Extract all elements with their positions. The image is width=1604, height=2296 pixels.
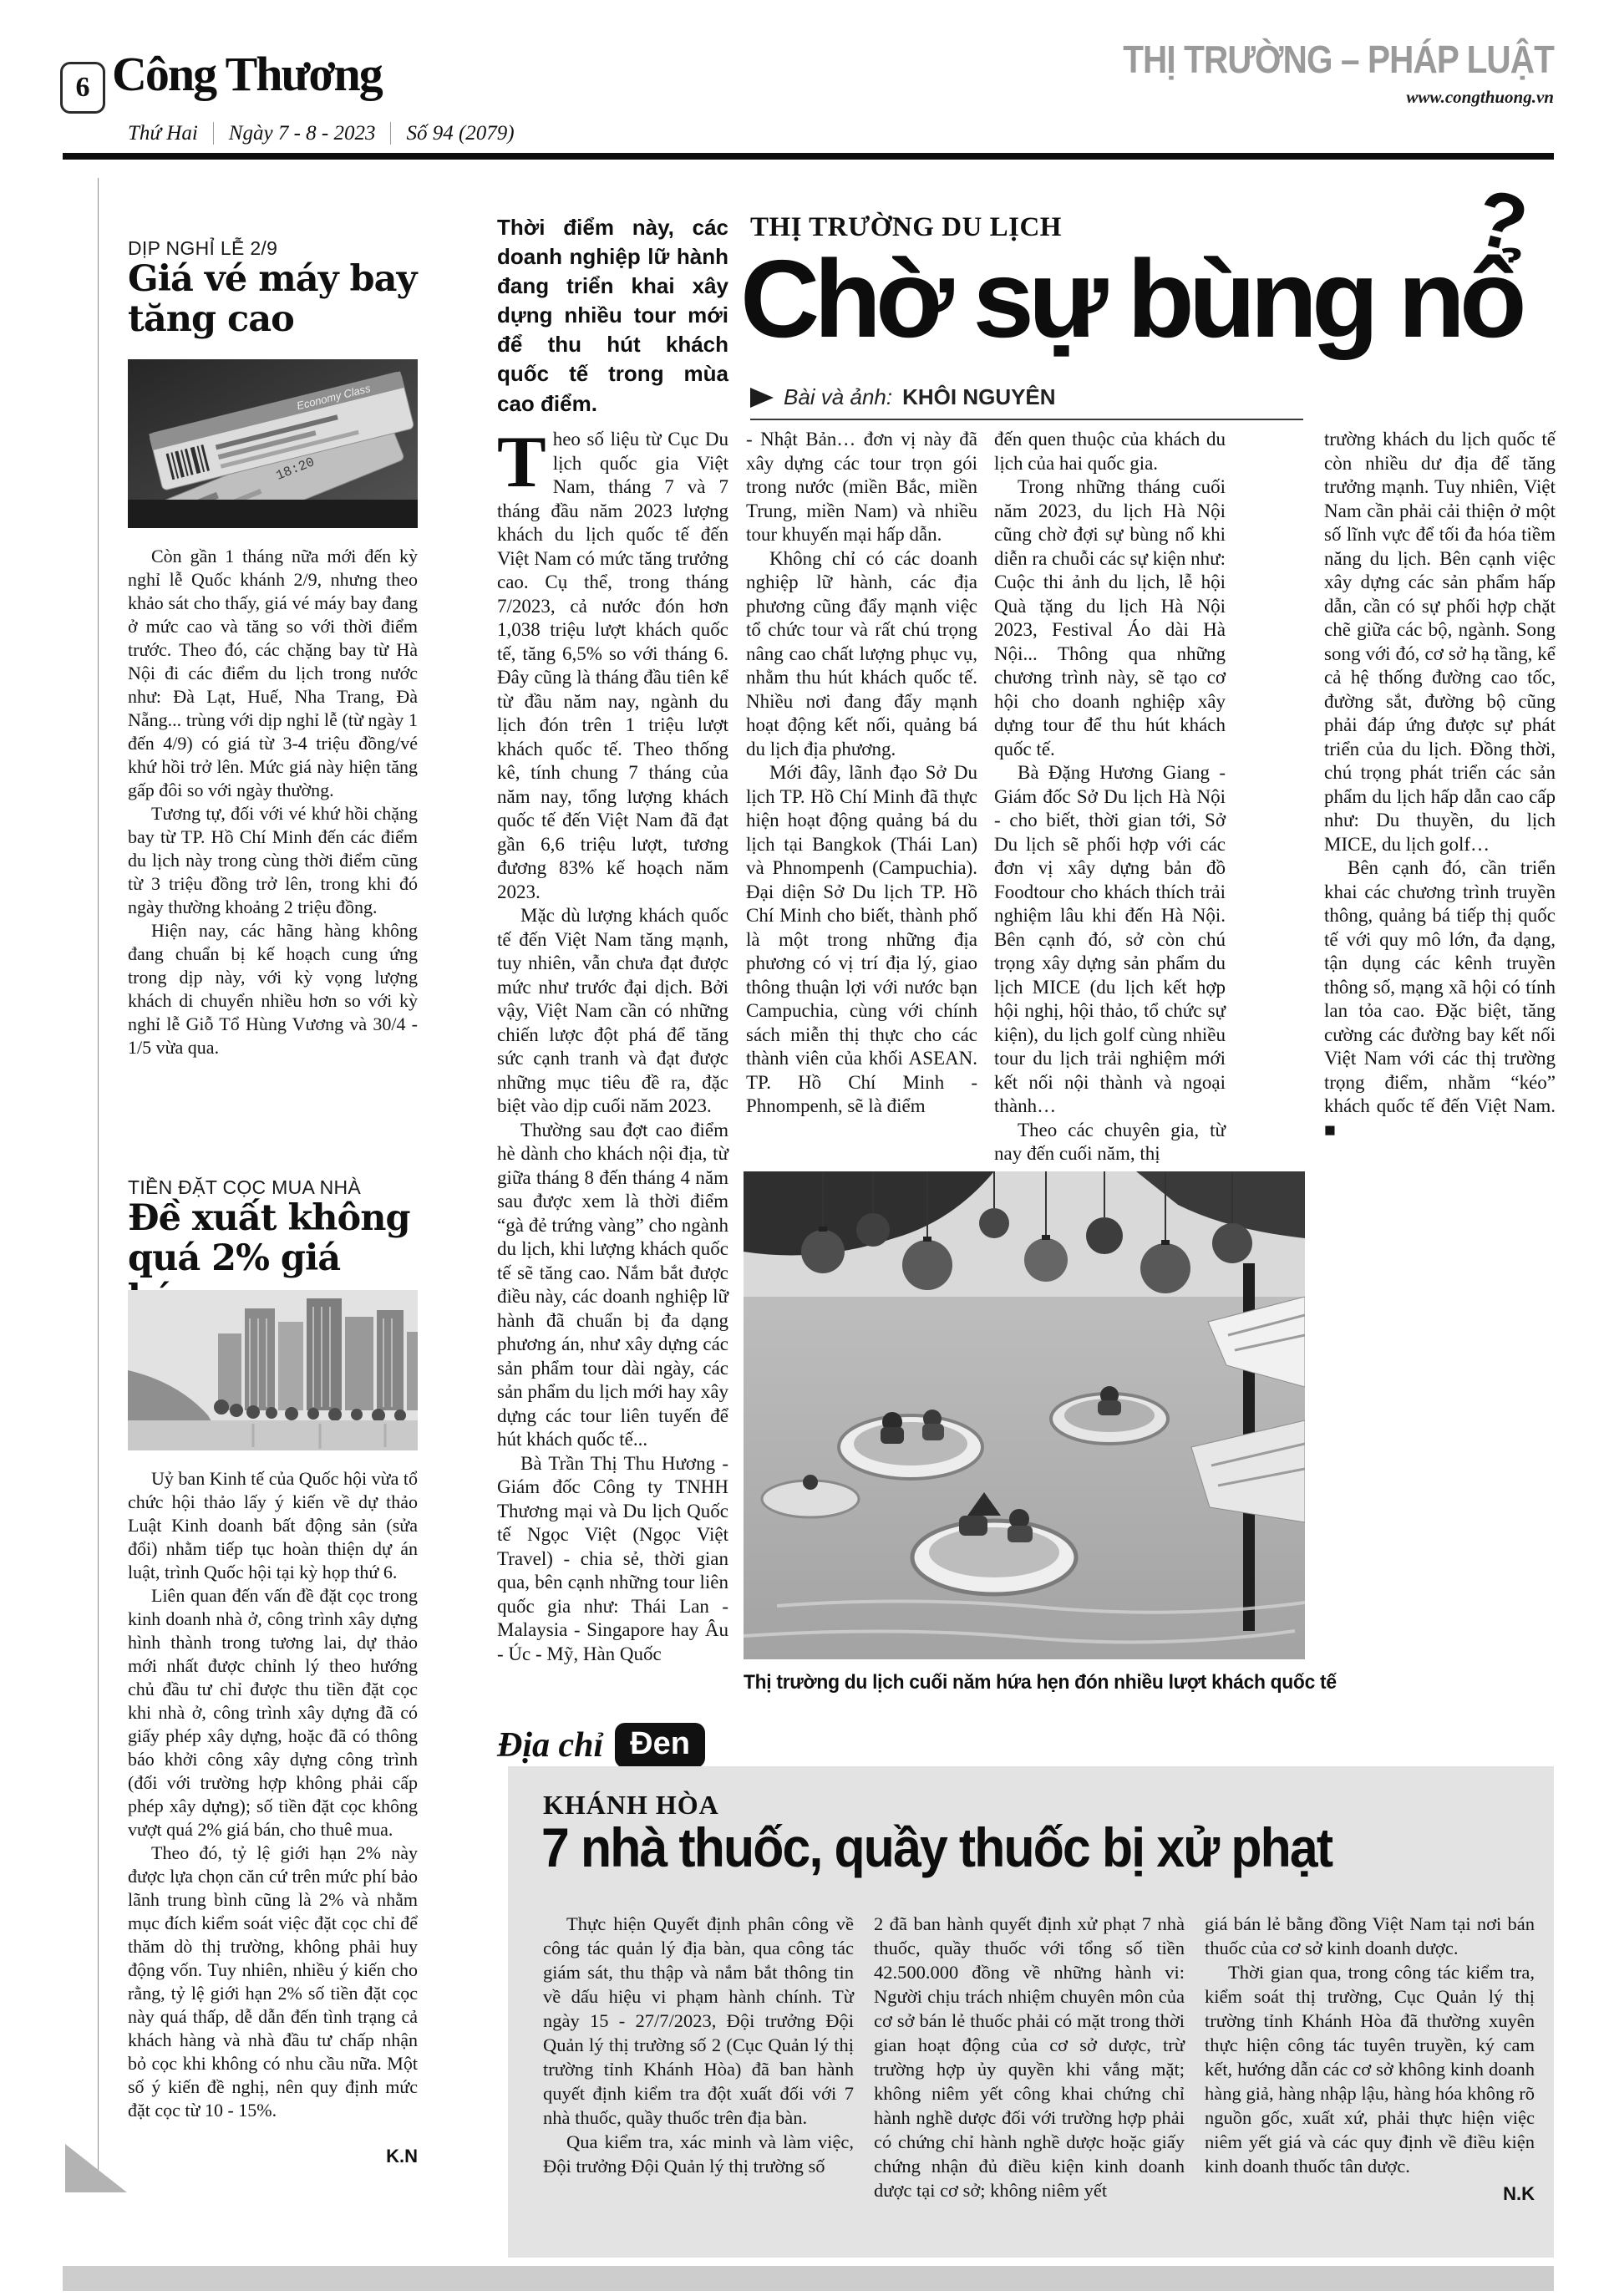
header-rule: [63, 153, 1554, 160]
byline-arrow-icon: [750, 388, 774, 408]
paragraph: Qua kiểm tra, xác minh và làm việc, Đội …: [543, 2130, 854, 2178]
paragraph: Bà Đặng Hương Giang - Giám đốc Sở Du lịc…: [994, 761, 1226, 1119]
left-column-rule: [98, 178, 99, 2183]
website-url: www.congthuong.vn: [835, 87, 1554, 108]
newspaper-page: 6 Công Thương THỊ TRƯỜNG – PHÁP LUẬT www…: [0, 0, 1604, 2296]
paragraph: Theo các chuyên gia, từ nay đến cuối năm…: [994, 1119, 1226, 1166]
paragraph: - Nhật Bản… đơn vị này đã xây dựng các t…: [746, 428, 977, 547]
deposit-kicker: TIỀN ĐẶT CỌC MUA NHÀ: [128, 1176, 361, 1199]
skyline: [218, 1298, 418, 1410]
footer-bar: [63, 2266, 1554, 2291]
boats-lanterns-photo-illustration: [744, 1171, 1305, 1659]
main-column-2: - Nhật Bản… đơn vị này đã xây dựng các t…: [746, 428, 977, 1119]
river: [128, 1420, 418, 1450]
main-headline: Chờ sự bùng nổ: [740, 236, 1521, 363]
deposit-photo: [128, 1290, 418, 1450]
section-title: THỊ TRƯỜNG – PHÁP LUẬT: [892, 40, 1554, 79]
main-column-1-paragraphs: Mặc dù lượng khách quốc tế đến Việt Nam …: [497, 904, 728, 1666]
lead-paragraph: Theo số liệu từ Cục Du lịch quốc gia Việ…: [497, 428, 728, 904]
main-photo-caption: Thị trường du lịch cuối năm hứa hẹn đón …: [744, 1671, 1490, 1694]
main-column-1: Theo số liệu từ Cục Du lịch quốc gia Việ…: [497, 428, 728, 1666]
byline-label: Bài và ảnh:: [784, 384, 892, 410]
buildings-photo-illustration: [128, 1290, 418, 1450]
paragraph: đến quen thuộc của khách du lịch của hai…: [994, 428, 1226, 475]
paragraph: Còn gần 1 tháng nữa mới đến kỳ nghỉ lễ Q…: [128, 545, 418, 802]
paragraph: Thực hiện Quyết định phân công về công t…: [543, 1912, 854, 2130]
airfare-title: Giá vé máy bay tăng cao: [128, 259, 418, 339]
paragraph: Uỷ ban Kinh tế của Quốc hội vừa tổ chức …: [128, 1467, 418, 1584]
paragraph: 2 đã ban hành quyết định xử phạt 7 nhà t…: [874, 1912, 1185, 2202]
main-photo: [744, 1171, 1305, 1659]
paragraph: Theo đó, tỷ lệ giới hạn 2% này được lựa …: [128, 1841, 418, 2122]
drop-cap: T: [497, 428, 553, 492]
dateline-issue: Số 94 (2079): [390, 122, 529, 145]
black-address-label: Địa chỉ Đen: [497, 1723, 705, 1768]
bottom-author: N.K: [1205, 2183, 1535, 2205]
byline-author: KHÔI NGUYÊN: [902, 384, 1055, 410]
paragraph: Thường sau đợt cao điểm hè dành cho khác…: [497, 1119, 728, 1452]
bottom-title: 7 nhà thuốc, quầy thuốc bị xử phạt: [541, 1820, 1332, 1875]
main-column-3: đến quen thuộc của khách du lịch của hai…: [994, 428, 1226, 1166]
paragraph: Bà Trần Thị Thu Hương - Giám đốc Công ty…: [497, 1452, 728, 1667]
airfare-body: Còn gần 1 tháng nữa mới đến kỳ nghỉ lễ Q…: [128, 545, 418, 1059]
deposit-author: K.N: [128, 2146, 418, 2167]
paragraph: Mặc dù lượng khách quốc tế đến Việt Nam …: [497, 904, 728, 1119]
tickets-photo-illustration: 18:20 Economy Class: [128, 359, 418, 528]
paragraph: trường khách du lịch quốc tế còn nhiều d…: [1324, 428, 1556, 856]
airfare-kicker: DỊP NGHỈ LỄ 2/9: [128, 237, 277, 260]
address-label-text: Địa chỉ: [497, 1725, 603, 1765]
paragraph: Liên quan đến vấn đề đặt cọc trong kinh …: [128, 1584, 418, 1841]
paragraph: giá bán lẻ bằng đồng Việt Nam tại nơi bá…: [1205, 1912, 1535, 1960]
byline: Bài và ảnh: KHÔI NGUYÊN: [750, 384, 1303, 420]
masthead-title: Công Thương: [112, 50, 382, 99]
address-label-badge: Đen: [615, 1723, 705, 1768]
bottom-column-1: Thực hiện Quyết định phân công về công t…: [543, 1912, 854, 2178]
airfare-photo: 18:20 Economy Class: [128, 359, 418, 528]
dateline: Thứ HaiNgày 7 - 8 - 2023Số 94 (2079): [128, 122, 530, 145]
dateline-weekday: Thứ Hai: [128, 122, 213, 145]
paragraph: Thời gian qua, trong công tác kiểm tra, …: [1205, 1960, 1535, 2178]
lead-text: heo số liệu từ Cục Du lịch quốc gia Việt…: [497, 429, 728, 902]
bottom-column-2: 2 đã ban hành quyết định xử phạt 7 nhà t…: [874, 1912, 1185, 2202]
headline-question-mark: ?: [1468, 177, 1534, 266]
dateline-date: Ngày 7 - 8 - 2023: [213, 122, 391, 145]
paragraph: Hiện nay, các hãng hàng không đang chuẩn…: [128, 919, 418, 1059]
main-intro: Thời điểm này, các doanh nghiệp lữ hành …: [497, 213, 728, 419]
paragraph: Tương tự, đối với vé khứ hồi chặng bay t…: [128, 802, 418, 919]
deposit-body: Uỷ ban Kinh tế của Quốc hội vừa tổ chức …: [128, 1467, 418, 2122]
corner-triangle-graphic: [65, 2144, 127, 2192]
bottom-column-3: giá bán lẻ bằng đồng Việt Nam tại nơi bá…: [1205, 1912, 1535, 2178]
main-column-4: trường khách du lịch quốc tế còn nhiều d…: [1324, 428, 1556, 1142]
paragraph: Trong những tháng cuối năm 2023, du lịch…: [994, 475, 1226, 761]
paragraph: Không chỉ có các doanh nghiệp lữ hành, c…: [746, 547, 977, 762]
paragraph: Bên cạnh đó, cần triển khai các chương t…: [1324, 856, 1556, 1142]
paragraph: Mới đây, lãnh đạo Sở Du lịch TP. Hồ Chí …: [746, 761, 977, 1119]
page-number: 6: [60, 62, 105, 114]
